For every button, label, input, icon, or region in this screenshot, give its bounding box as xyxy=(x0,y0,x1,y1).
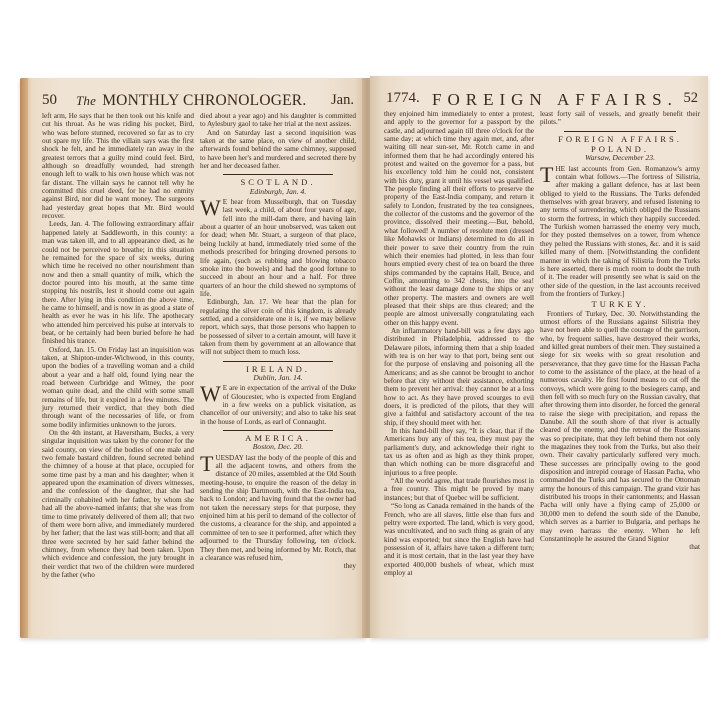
right-column-2: least forty sail of vessels, and greatly… xyxy=(540,110,700,552)
page-number: 52 xyxy=(684,90,699,107)
paragraph: died about a year ago) and his daughter … xyxy=(200,112,356,129)
header-year: 1774. xyxy=(386,90,420,107)
right-page: 1774. FOREIGN AFFAIRS. 52 they enjoined … xyxy=(370,76,708,638)
paragraph: Leeds, Jan. 4. The following extraordina… xyxy=(42,220,194,345)
paragraph: An inflammatory hand-bill was a few days… xyxy=(384,327,534,427)
drop-cap: W xyxy=(200,199,221,217)
paragraph: In this hand-bill they say, “It is clear… xyxy=(384,427,534,477)
right-page-header: 1774. FOREIGN AFFAIRS. 52 xyxy=(386,90,698,108)
section-rule xyxy=(223,430,332,431)
catchword: that xyxy=(540,543,700,551)
section-title-america: AMERICA. xyxy=(200,434,356,442)
section-rule xyxy=(564,131,676,132)
paragraph: they enjoined him immediately to enter a… xyxy=(384,110,534,327)
dateline: Edinburgh, Jan. 4. xyxy=(200,188,356,196)
section-title-poland: POLAND. xyxy=(540,145,700,153)
page-number: 50 xyxy=(42,92,57,109)
paragraph: TUESDAY last the body of the people of t… xyxy=(200,454,356,562)
paragraph: And on Saturday last a second inquisitio… xyxy=(200,129,356,171)
dateline: Boston, Dec. 20. xyxy=(200,443,356,451)
left-page-header: 50 The MONTHLY CHRONOLOGER. Jan. xyxy=(42,92,354,110)
paragraph: left arm, He says that he then took out … xyxy=(42,112,194,220)
left-column-2: died about a year ago) and his daughter … xyxy=(200,112,356,571)
right-column-1: they enjoined him immediately to enter a… xyxy=(384,110,534,577)
drop-cap: T xyxy=(200,455,213,473)
paragraph: “All the world agree, that trade flouris… xyxy=(384,477,534,502)
drop-cap: T xyxy=(540,166,553,184)
section-title-ireland: IRELAND. xyxy=(200,365,356,373)
section-title-scotland: SCOTLAND. xyxy=(200,178,356,186)
paragraph: On the 4th instant, at Haverstham, Bucks… xyxy=(42,429,194,579)
section-title-turkey: TURKEY. xyxy=(540,300,700,308)
running-title: FOREIGN AFFAIRS. xyxy=(432,90,678,110)
paragraph: Frontiers of Turkey, Dec. 30. Notwithsta… xyxy=(540,310,700,544)
dateline: Warsaw, December 23. xyxy=(540,154,700,162)
left-column-1: left arm, He says that he then took out … xyxy=(42,112,194,579)
paragraph: “So long as Canada remained in the hands… xyxy=(384,502,534,577)
drop-cap: W xyxy=(200,385,221,403)
paragraph: Edinburgh, Jan. 17. We hear that the pla… xyxy=(200,298,356,356)
open-magazine: 50 The MONTHLY CHRONOLOGER. Jan. left ar… xyxy=(14,78,708,638)
section-title-foreign-affairs: FOREIGN AFFAIRS. xyxy=(540,135,700,143)
section-rule xyxy=(223,174,332,175)
paragraph: THE last accounts from Gen. Romanzow's a… xyxy=(540,165,700,299)
catchword: they xyxy=(200,562,356,570)
paragraph: WE hear from Musselburgh, that on Tuesda… xyxy=(200,198,356,298)
paragraph: Oxford, Jan. 15. On Friday last an inqui… xyxy=(42,346,194,429)
left-page: 50 The MONTHLY CHRONOLOGER. Jan. left ar… xyxy=(20,78,366,638)
paragraph: WE are in expectation of the arrival of … xyxy=(200,384,356,426)
running-title: The MONTHLY CHRONOLOGER. xyxy=(76,92,306,110)
header-month: Jan. xyxy=(331,92,354,109)
dateline: Dublin, Jan. 14. xyxy=(200,374,356,382)
section-rule xyxy=(223,361,332,362)
paragraph: least forty sail of vessels, and greatly… xyxy=(540,110,700,127)
